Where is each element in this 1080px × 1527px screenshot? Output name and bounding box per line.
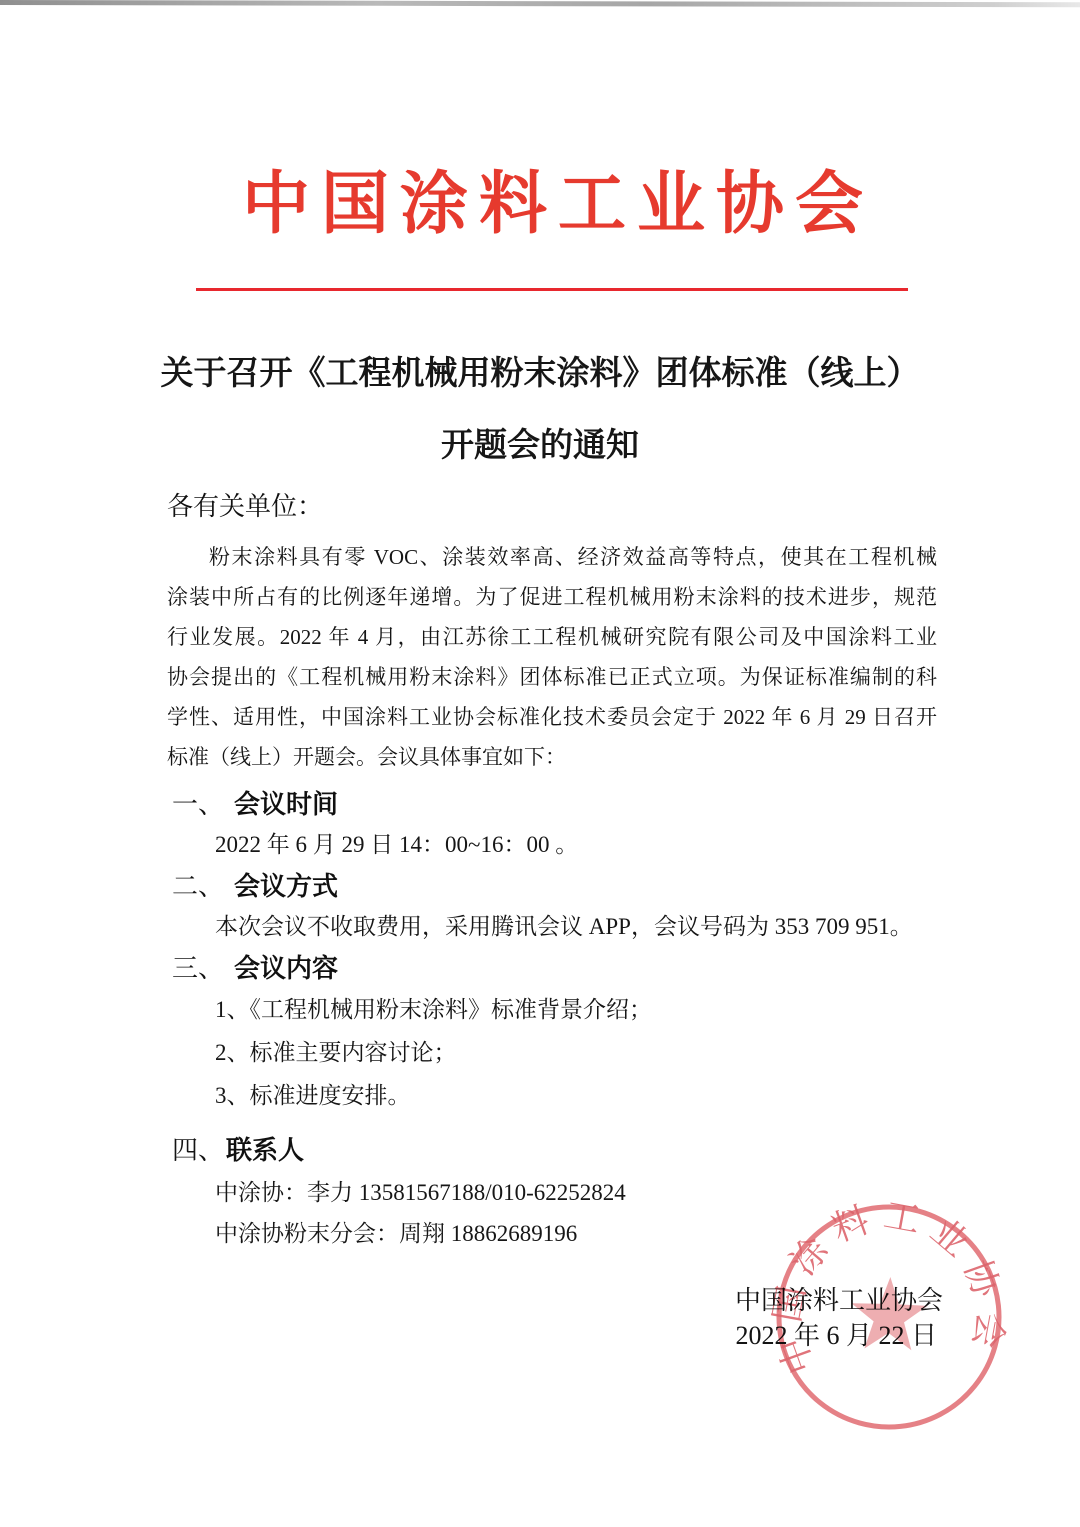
section-3-item-2: 2、标准主要内容讨论；	[215, 1034, 457, 1067]
section-3-heading: 会议内容	[234, 953, 338, 983]
section-4-heading-row: 四、联系人	[172, 1130, 304, 1167]
letterhead-org-name: 中国涂料工业协会	[36, 150, 1080, 247]
section-2-number: 二、	[172, 872, 224, 901]
section-2-body: 本次会议不收取费用，采用腾讯会议 APP，会议号码为 353 709 951。	[215, 908, 913, 941]
paragraph-line: 标准（线上）开题会。会议具体事宜如下：	[167, 737, 937, 777]
section-1-heading: 会议时间	[234, 789, 338, 819]
salutation: 各有关单位：	[167, 486, 323, 523]
section-3-item-3: 3、标准进度安排。	[215, 1077, 411, 1110]
section-2-heading: 会议方式	[234, 871, 338, 901]
notice-title-line1: 关于召开《工程机械用粉末涂料》团体标准（线上）	[146, 347, 934, 394]
section-4-heading: 联系人	[226, 1135, 304, 1165]
document-page: 中国涂料工业协会 关于召开《工程机械用粉末涂料》团体标准（线上） 开题会的通知 …	[0, 0, 1080, 1527]
section-1-number: 一、	[172, 790, 224, 819]
paragraph-line: 学性、适用性，中国涂料工业协会标准化技术委员会定于 2022 年 6 月 29 …	[167, 697, 937, 737]
section-1-heading-row: 一、会议时间	[172, 784, 338, 821]
letterhead-divider-line	[196, 288, 908, 291]
section-3-item-1: 1、《工程机械用粉末涂料》标准背景介绍；	[215, 991, 652, 1024]
contact-line-1: 中涂协：李力 13581567188/010-62252824	[215, 1174, 626, 1207]
scan-artifact-top-edge	[0, 0, 1080, 7]
official-seal-stamp: 中国涂料工业协会	[760, 1188, 1017, 1445]
contact-line-2: 中涂协粉末分会：周翔 18862689196	[215, 1215, 577, 1248]
paragraph-line: 涂装中所占有的比例逐年递增。为了促进工程机械用粉末涂料的技术进步，规范	[167, 577, 937, 617]
section-3-heading-row: 三、会议内容	[172, 948, 338, 985]
paragraph-line: 协会提出的《工程机械用粉末涂料》团体标准已正式立项。为保证标准编制的科	[167, 657, 937, 697]
notice-title-line2: 开题会的通知	[146, 419, 934, 466]
paragraph-line: 粉末涂料具有零 VOC、涂装效率高、经济效益高等特点，使其在工程机械	[167, 537, 937, 577]
intro-paragraph: 粉末涂料具有零 VOC、涂装效率高、经济效益高等特点，使其在工程机械 涂装中所占…	[167, 537, 937, 777]
section-3-number: 三、	[172, 954, 224, 983]
section-2-heading-row: 二、会议方式	[172, 866, 338, 903]
section-1-body: 2022 年 6 月 29 日 14：00~16：00 。	[215, 826, 578, 859]
stamp-star-icon	[850, 1276, 928, 1351]
paragraph-line: 行业发展。2022 年 4 月，由江苏徐工工程机械研究院有限公司及中国涂料工业	[167, 617, 937, 657]
section-4-number: 四、	[172, 1136, 224, 1165]
